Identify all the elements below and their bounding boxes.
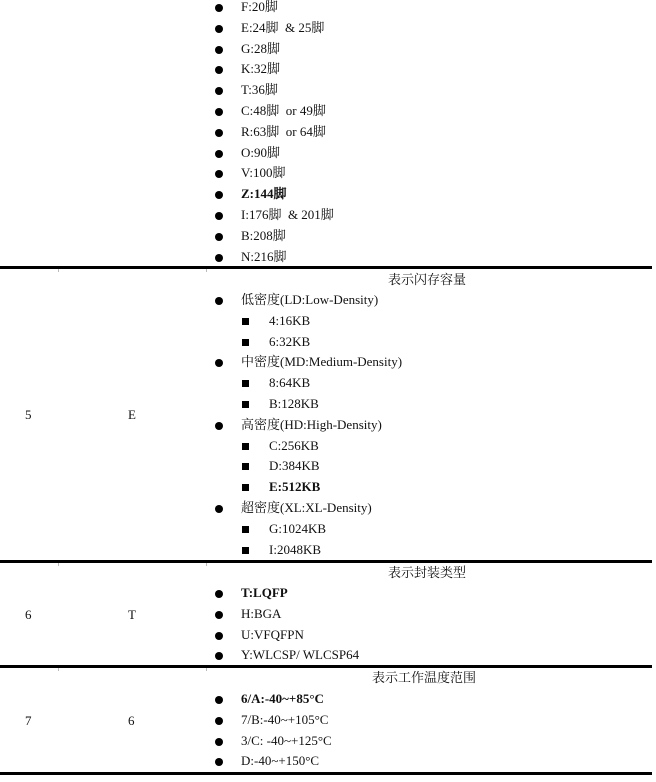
bullet-icon [215, 191, 223, 199]
row-caption: 表示工作温度范围 [372, 668, 476, 688]
bullet-icon [215, 108, 223, 116]
square-bullet-icon [242, 547, 249, 554]
column-tick [206, 563, 207, 566]
row-code: T [128, 605, 136, 625]
bullet-icon [215, 4, 223, 12]
square-bullet-icon [242, 526, 249, 533]
bullet-icon [215, 212, 223, 220]
square-bullet-icon [242, 339, 249, 346]
bullet-icon [215, 359, 223, 367]
bullet-icon [215, 87, 223, 95]
bullet-icon [215, 717, 223, 725]
square-bullet-icon [242, 318, 249, 325]
bullet-icon [215, 233, 223, 241]
table-row-divider [0, 665, 652, 668]
bullet-icon [215, 129, 223, 137]
bullet-icon [215, 170, 223, 178]
bullet-icon [215, 590, 223, 598]
row-index: 6 [25, 605, 32, 625]
bullet-icon [215, 297, 223, 305]
bullet-icon [215, 652, 223, 660]
square-bullet-icon [242, 463, 249, 470]
row-code: E [128, 405, 136, 425]
square-bullet-icon [242, 401, 249, 408]
table-row-divider [0, 560, 652, 563]
row-caption: 表示闪存容量 [388, 270, 466, 290]
row-index: 5 [25, 405, 32, 425]
bullet-icon [215, 696, 223, 704]
square-bullet-icon [242, 443, 249, 450]
row-caption: 表示封装类型 [388, 563, 466, 583]
bullet-icon [215, 738, 223, 746]
square-bullet-icon [242, 380, 249, 387]
table-bottom-border [0, 772, 652, 775]
bullet-icon [215, 422, 223, 430]
column-tick [206, 668, 207, 671]
column-tick [206, 269, 207, 272]
row-index: 7 [25, 711, 32, 731]
column-tick [58, 563, 59, 566]
table-row-divider [0, 266, 652, 269]
column-tick [58, 668, 59, 671]
bullet-icon [215, 632, 223, 640]
bullet-icon [215, 254, 223, 262]
bullet-icon [215, 505, 223, 513]
row-code: 6 [128, 711, 135, 731]
bullet-icon [215, 611, 223, 619]
column-tick [58, 269, 59, 272]
bullet-icon [215, 150, 223, 158]
bullet-icon [215, 25, 223, 33]
bullet-icon [215, 46, 223, 54]
bullet-icon [215, 758, 223, 766]
square-bullet-icon [242, 484, 249, 491]
bullet-icon [215, 66, 223, 74]
